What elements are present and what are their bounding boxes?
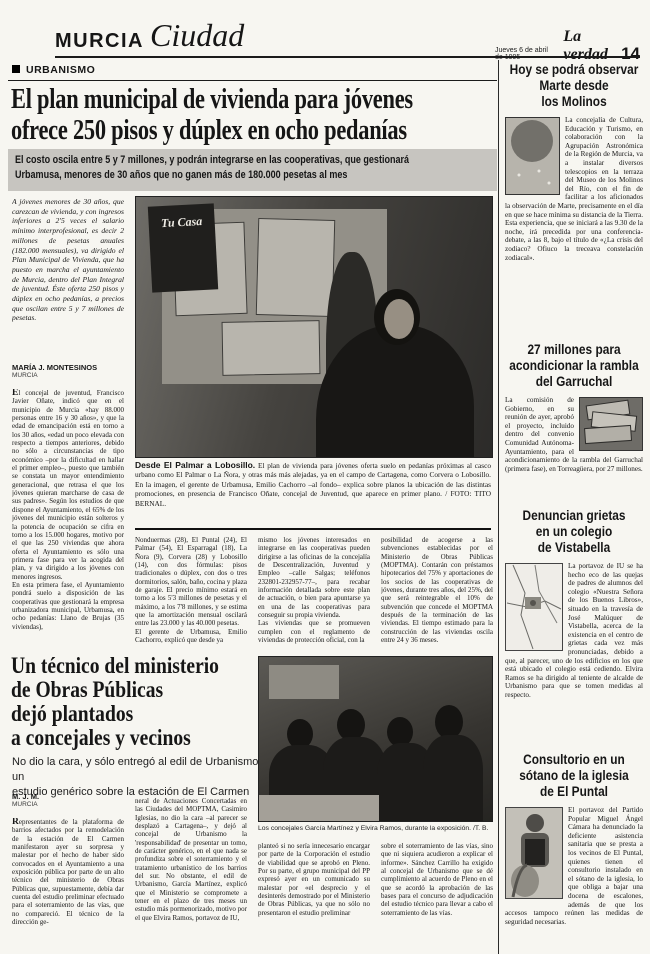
brief3-title: Denuncian grietas en un colegio de Vista… bbox=[504, 508, 643, 556]
second-subhead-line1: No dio la cara, y sólo entregó al edil d… bbox=[12, 755, 262, 785]
byline-place: MURCIA bbox=[12, 372, 97, 380]
main-body-col4: posibilidad de acogerse a las subvencion… bbox=[381, 536, 493, 652]
brief2-title-line: del Garruchal bbox=[504, 374, 643, 390]
second-headline-line2: de Obras Públicas bbox=[11, 678, 263, 702]
brief1-title-line: Hoy se podrá observar bbox=[504, 62, 643, 78]
brief2-title-line: acondicionar la rambla bbox=[504, 358, 643, 374]
main-body-col1: El concejal de juventud, Francisco Javie… bbox=[12, 389, 124, 682]
second-photo-caption: Los concejales García Martínez y Elvira … bbox=[258, 825, 491, 836]
newspaper-page: MURCIA Ciudad Jueves 6 de abril de 1995 … bbox=[0, 0, 650, 954]
plan-sheet bbox=[256, 218, 336, 317]
paper-name: La verdad bbox=[563, 28, 614, 64]
second-byline-place: MURCIA bbox=[12, 801, 39, 809]
masthead-right: Jueves 6 de abril de 1995 La verdad 14 bbox=[495, 28, 640, 64]
second-byline: M. J. M. MURCIA bbox=[12, 792, 39, 809]
second-byline-author: M. J. M. bbox=[12, 792, 39, 801]
brief4-body: El portavoz del Partido Popular Miguel Á… bbox=[505, 806, 643, 950]
person-body bbox=[423, 735, 483, 821]
article-top-rule bbox=[8, 80, 497, 81]
brief2-title-line: 27 millones para bbox=[504, 342, 643, 358]
section-title: MURCIA bbox=[55, 30, 144, 53]
main-body-col2: Nonduermas (28), El Puntal (24), El Palm… bbox=[135, 536, 247, 652]
brief1-title-line: Marte desde bbox=[504, 78, 643, 94]
byline-author: MARÍA J. MONTESINOS bbox=[12, 363, 97, 372]
brief1-body: La concejalía de Cultura, Educación y Tu… bbox=[505, 116, 643, 312]
money-photo bbox=[579, 397, 643, 451]
second-subhead: No dio la cara, y sólo entregó al edil d… bbox=[12, 755, 262, 800]
main-subhead: El costo oscila entre 5 y 7 millones, y … bbox=[8, 149, 497, 191]
tu-casa-poster: Tu Casa bbox=[148, 203, 218, 292]
kicker-square-icon bbox=[12, 65, 20, 73]
main-headline-line2: ofrece 250 pisos y dúplex en ocho pedaní… bbox=[11, 115, 500, 146]
brief2-title: 27 millones para acondicionar la rambla … bbox=[504, 342, 643, 390]
second-headline-line3: dejó plantados bbox=[11, 702, 263, 726]
main-lead: A jóvenes menores de 30 años, que carezc… bbox=[12, 197, 124, 357]
brief3-title-line: en un colegio bbox=[504, 524, 643, 540]
main-headline-line1: El plan municipal de vivienda para jóven… bbox=[11, 84, 500, 115]
mars-photo bbox=[505, 117, 560, 195]
brief3-body: La portavoz de IU se ha hecho eco de las… bbox=[505, 562, 643, 748]
brief4-title-line: sótano de la iglesia bbox=[504, 768, 643, 784]
second-body-col4: sobre el soterramiento de las vías, sino… bbox=[381, 842, 493, 948]
brief4-title: Consultorio en un sótano de la iglesia d… bbox=[504, 752, 643, 800]
brief4-title-line: de El Puntal bbox=[504, 784, 643, 800]
main-subhead-line1: El costo oscila entre 5 y 7 millones, y … bbox=[15, 153, 491, 168]
brief2-body: La comisión de Gobierno, en su reunión d… bbox=[505, 396, 643, 500]
brief1-title: Hoy se podrá observar Marte desde los Mo… bbox=[504, 62, 643, 110]
page-number: 14 bbox=[621, 44, 640, 64]
puntal-illustration bbox=[505, 807, 563, 899]
plan-sheet bbox=[222, 320, 321, 376]
main-byline: MARÍA J. MONTESINOS MURCIA bbox=[12, 363, 97, 380]
main-subhead-line2: Urbamusa, menores de 30 años que no gane… bbox=[15, 168, 491, 183]
main-photo-caption: Desde El Palmar a Lobosillo. El plan de … bbox=[135, 461, 491, 530]
table-edge bbox=[259, 795, 379, 821]
brief3-title-line: Denuncian grietas bbox=[504, 508, 643, 524]
second-body-col3: planteó si no sería innecesario encargar… bbox=[258, 842, 370, 948]
second-body-col2: neral de Actuaciones Concertadas en las … bbox=[135, 797, 247, 948]
kicker: URBANISMO bbox=[12, 64, 95, 76]
caption-title: Desde El Palmar a Lobosillo. bbox=[135, 461, 255, 470]
sidebar-rule bbox=[498, 60, 499, 954]
second-headline-line1: Un técnico del ministerio bbox=[11, 654, 263, 678]
second-photo bbox=[258, 656, 493, 822]
second-body-col1: Representantes de la plataforma de barri… bbox=[12, 818, 124, 948]
vistabella-map bbox=[505, 563, 563, 651]
brief1-title-line: los Molinos bbox=[504, 94, 643, 110]
main-photo: Tu Casa bbox=[135, 196, 493, 458]
brief4-title-line: Consultorio en un bbox=[504, 752, 643, 768]
second-headline-line4: a concejales y vecinos bbox=[11, 726, 263, 750]
section-subtitle: Ciudad bbox=[150, 17, 244, 54]
kicker-label: URBANISMO bbox=[26, 64, 95, 76]
brief3-title-line: de Vistabella bbox=[504, 540, 643, 556]
photo-highlight bbox=[269, 665, 339, 699]
foreground-figure-face bbox=[384, 299, 414, 339]
main-body-col3: mismo los jóvenes interesados en integra… bbox=[258, 536, 370, 652]
person-head bbox=[435, 705, 463, 739]
header-rule bbox=[55, 56, 640, 58]
